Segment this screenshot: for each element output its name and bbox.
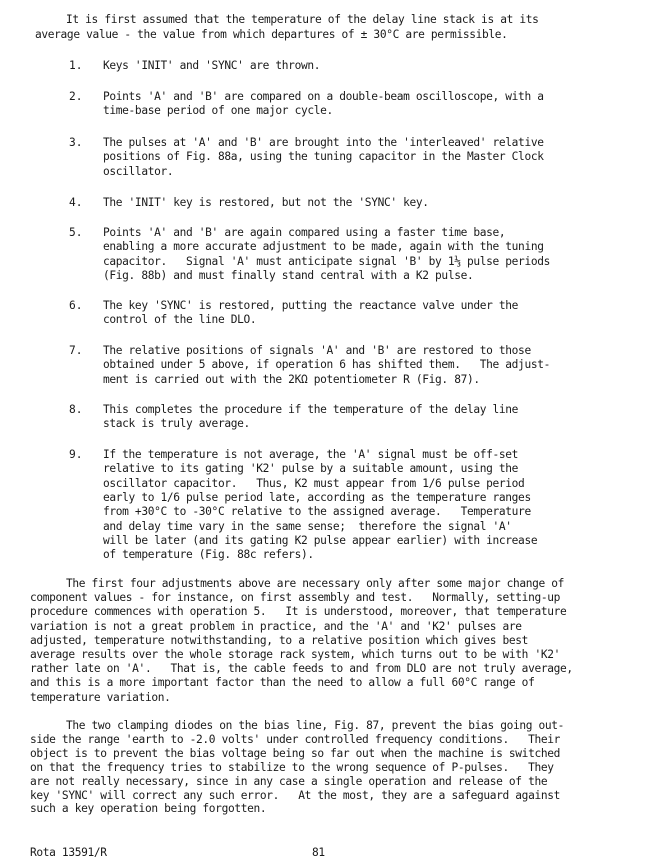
paragraph-line: and this is a more important factor than… (30, 676, 534, 689)
step-line: early to 1/6 pulse period late, accordin… (103, 491, 531, 504)
step-number: 5. (69, 226, 82, 239)
step-line: stack is truly average. (103, 417, 250, 430)
page-number: 81 (312, 846, 325, 859)
step-line: The relative positions of signals 'A' an… (103, 344, 531, 357)
intro-line: average value - the value from which dep… (35, 28, 508, 41)
step-number: 6. (69, 299, 82, 312)
paragraph-line: variation is not a great problem in prac… (30, 620, 522, 633)
step-number: 7. (69, 344, 82, 357)
step-line: This completes the procedure if the temp… (103, 403, 518, 416)
paragraph-line: procedure commences with operation 5. It… (30, 605, 566, 618)
step-line: (Fig. 88b) and must finally stand centra… (103, 269, 473, 282)
step-line: obtained under 5 above, if operation 6 h… (103, 358, 550, 371)
step-line: will be later (and its gating K2 pulse a… (103, 534, 537, 547)
footer-reference: Rota 13591/R (30, 846, 107, 859)
step-number: 1. (69, 59, 82, 72)
step-line: The pulses at 'A' and 'B' are brought in… (103, 136, 544, 149)
step-line: and delay time vary in the same sense; t… (103, 520, 512, 533)
step-line: oscillator capacitor. Thus, K2 must appe… (103, 477, 524, 490)
paragraph-line: temperature variation. (30, 691, 170, 704)
paragraph-line: component values - for instance, on firs… (30, 591, 560, 604)
step-line: Points 'A' and 'B' are again compared us… (103, 226, 505, 239)
step-number: 8. (69, 403, 82, 416)
step-line: control of the line DLO. (103, 313, 256, 326)
step-line: enabling a more accurate adjustment to b… (103, 240, 544, 253)
step-line: oscillator. (103, 165, 173, 178)
paragraph-line: rather late on 'A'. That is, the cable f… (30, 662, 573, 675)
paragraph-line: The first four adjustments above are nec… (66, 577, 564, 590)
step-number: 9. (69, 448, 82, 461)
paragraph-line: side the range 'earth to -2.0 volts' und… (30, 733, 560, 746)
paragraph-line: adjusted, temperature notwithstanding, t… (30, 634, 528, 647)
step-line: of temperature (Fig. 88c refers). (103, 548, 314, 561)
step-line: Keys 'INIT' and 'SYNC' are thrown. (103, 59, 320, 72)
step-line: ment is carried out with the 2KΩ potenti… (103, 373, 480, 386)
step-line: relative to its gating 'K2' pulse by a s… (103, 462, 518, 475)
step-line: Points 'A' and 'B' are compared on a dou… (103, 90, 544, 103)
paragraph-line: are not really necessary, since in any c… (30, 775, 547, 788)
paragraph-line: key 'SYNC' will correct any such error. … (30, 789, 560, 802)
paragraph-line: The two clamping diodes on the bias line… (66, 719, 564, 732)
paragraph-line: on that the frequency tries to stabilize… (30, 761, 554, 774)
step-line: from +30°C to -30°C relative to the assi… (103, 505, 531, 518)
step-line: time-base period of one major cycle. (103, 104, 333, 117)
paragraph-line: object is to prevent the bias voltage be… (30, 747, 560, 760)
step-line: positions of Fig. 88a, using the tuning … (103, 150, 544, 163)
step-line: The 'INIT' key is restored, but not the … (103, 196, 429, 209)
step-number: 2. (69, 90, 82, 103)
intro-line: It is first assumed that the temperature… (66, 13, 539, 26)
step-line: capacitor. Signal 'A' must anticipate si… (103, 255, 550, 268)
step-number: 3. (69, 136, 82, 149)
paragraph-line: such a key operation being forgotten. (30, 802, 266, 815)
paragraph-line: average results over the whole storage r… (30, 648, 560, 661)
step-number: 4. (69, 196, 82, 209)
step-line: The key 'SYNC' is restored, putting the … (103, 299, 518, 312)
step-line: If the temperature is not average, the '… (103, 448, 518, 461)
